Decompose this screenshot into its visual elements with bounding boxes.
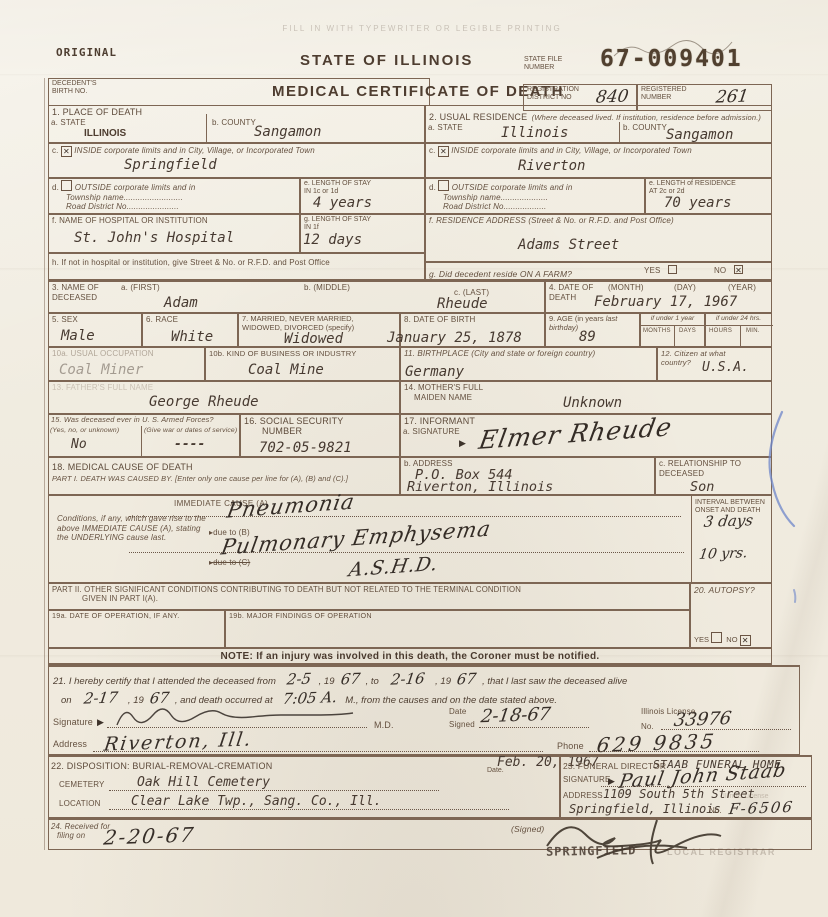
original-label: ORIGINAL (56, 46, 117, 59)
farm-yes-label: YES (644, 266, 660, 276)
road-district-line: Road District No...................... (66, 202, 296, 212)
field-date-of-death: 4. DATE OFDEATH (MONTH) (DAY) (YEAR) Feb… (545, 280, 772, 313)
field-part2: PART II. OTHER SIGNIFICANT CONDITIONS CO… (48, 583, 690, 610)
birthplace-value: Germany (405, 364, 464, 380)
length-of-residence-value: 70 years (664, 195, 731, 211)
field-age: 9. AGE (in years last birthday) 89 (545, 313, 640, 347)
operation-date-label: 19a. DATE OF OPERATION, IF ANY. (52, 612, 221, 620)
residence-city-value: Riverton (518, 158, 585, 174)
occupation-value: Coal Miner (59, 362, 143, 378)
checkbox-farm-no-checked: ✕ (734, 265, 743, 274)
field-length-of-stay-1c: e. LENGTH OF STAYIN 1c or 1d 4 years (300, 178, 425, 214)
inside-limits-label: INSIDE corporate limits and in City, Vil… (74, 146, 315, 155)
dotted-line (109, 790, 439, 791)
place-of-death-title: 1. PLACE OF DEATH (52, 107, 421, 117)
field-informant: 17. INFORMANT a. SIGNATURE ▶ Elmer Rheud… (400, 414, 772, 457)
date-of-birth-label: 8. DATE OF BIRTH (404, 315, 541, 325)
days-label: DAYS (679, 328, 696, 335)
field-residence-address: f. RESIDENCE ADDRESS (Street & No. or R.… (425, 214, 772, 262)
disposition-title: 22. DISPOSITION: BURIAL-REMOVAL-CREMATIO… (51, 761, 272, 771)
autopsy-label: 20. AUTOPSY? (694, 585, 768, 595)
location-value: Clear Lake Twp., Sang. Co., Ill. (131, 794, 381, 809)
divider (740, 325, 741, 348)
hospital-value: St. John's Hospital (74, 230, 234, 246)
divider (206, 114, 207, 144)
state-label: a. STATE (428, 123, 463, 133)
armed-forces-sub1: (Yes, no, or unknown) (50, 427, 119, 435)
md-label: M.D. (374, 720, 394, 731)
coroner-note-band: NOTE: If an injury was involved in this … (48, 648, 772, 665)
cause-of-death-title: 18. MEDICAL CAUSE OF DEATH (52, 462, 396, 472)
township-line: Township name.................... (443, 193, 641, 203)
phone-value: 629 9835 (595, 729, 718, 757)
under-1-year-label: if under 1 year (641, 314, 704, 323)
industry-label: 10b. KIND OF BUSINESS OR INDUSTRY (209, 349, 396, 358)
field-place-of-death: 1. PLACE OF DEATH a. STATE ILLINOIS b. C… (48, 105, 425, 143)
farm-question-label: g. Did decedent reside ON A FARM? (429, 269, 572, 279)
birthplace-label: 11. BIRTHPLACE (City and state or foreig… (404, 349, 653, 359)
field-informant-address: b. ADDRESS P.O. Box 544 Riverton, Illino… (400, 457, 655, 495)
local-registrar-stamp: LOCAL REGISTRAR (667, 847, 776, 857)
dotted-line (589, 751, 759, 752)
death-certificate-scan: FILL IN WITH TYPEWRITER OR LEGIBLE PRINT… (0, 0, 828, 917)
conditions-note: Conditions, if any, which gave rise to t… (57, 514, 207, 543)
field-citizen: 12. Citizen at whatcountry? U.S.A. (657, 347, 772, 381)
field-usual-residence: 2. USUAL RESIDENCE (Where deceased lived… (425, 105, 772, 143)
armed-forces-value: No (71, 437, 87, 452)
dotted-line (129, 552, 684, 553)
date-of-birth-value: January 25, 1878 (387, 330, 522, 346)
date-signed-label1: Date (449, 707, 467, 717)
date-signed-value: 2-18-67 (480, 704, 552, 728)
place-state-value: ILLINOIS (84, 128, 126, 139)
date-signed-label2: Signed (449, 720, 475, 730)
field-operation-findings: 19b. MAJOR FINDINGS OF OPERATION (225, 610, 690, 648)
farm-no-label: NO (714, 266, 726, 276)
inside-limits-label: INSIDE corporate limits and in City, Vil… (451, 146, 692, 155)
residence-state-value: Illinois (501, 125, 568, 141)
sex-value: Male (61, 328, 95, 344)
field-outside-limits-right: d. OUTSIDE corporate limits and in Towns… (425, 178, 645, 214)
occupation-label: 10a. USUAL OCCUPATION (52, 349, 201, 359)
residence-county-value: Sangamon (666, 127, 733, 143)
hours-label: HOURS (709, 328, 732, 335)
armed-forces-label: 15. Was deceased ever in U. S. Armed For… (49, 415, 239, 426)
immediate-cause-value: Pneumonia (225, 489, 357, 522)
road-district-line: Road District No.................. (443, 202, 641, 212)
dotted-line (93, 751, 543, 752)
first-name-label: a. (FIRST) (121, 283, 160, 293)
field-outside-limits-left: d. OUTSIDE corporate limits and in Towns… (48, 178, 300, 214)
filing-date-value: 2-20-67 (102, 822, 196, 849)
field-part1-causes: INTERVAL BETWEENONSET AND DEATH 3 days 1… (48, 495, 772, 583)
under-24-hrs-label: if under 24 hrs. (706, 314, 771, 323)
due-to-c-value: A.S.H.D. (347, 553, 440, 582)
state-label: a. STATE (51, 118, 86, 128)
outside-limits-label: OUTSIDE corporate limits and in (452, 183, 573, 192)
date-of-death-value: February 17, 1967 (594, 294, 737, 310)
state-title: STATE OF ILLINOIS (300, 52, 473, 69)
usual-residence-title: 2. USUAL RESIDENCE (429, 112, 527, 122)
year2-value: 67 (450, 669, 484, 688)
field-length-of-residence: e. LENGTH of RESIDENCEAT 2c or 2d 70 yea… (645, 178, 772, 214)
certify-line1: 21. I hereby certify that I attended the… (53, 670, 627, 688)
field-hospital-name: f. NAME OF HOSPITAL OR INSTITUTION St. J… (48, 214, 300, 253)
field-sex: 5. SEX Male (48, 313, 142, 347)
divider (691, 496, 692, 584)
cemetery-label: CEMETERY (59, 780, 105, 790)
part1-label: PART I. DEATH WAS CAUSED BY. [Enter only… (52, 475, 396, 484)
field-age-under-1-year: if under 1 year MONTHS DAYS (640, 313, 705, 347)
field-disposition: 22. DISPOSITION: BURIAL-REMOVAL-CREMATIO… (48, 755, 560, 818)
divider (674, 325, 675, 348)
blue-pen-mark (742, 408, 802, 538)
year1-value: 67 (333, 669, 367, 688)
industry-value: Coal Mine (248, 362, 324, 378)
informant-address-line2: Riverton, Illinois (407, 479, 553, 495)
field-marital-status: 7. MARRIED, NEVER MARRIED,WIDOWED, DIVOR… (238, 313, 400, 347)
pencil-scrawl-over-number (610, 40, 740, 62)
certificate-title: MEDICAL CERTIFICATE OF DEATH (272, 83, 564, 100)
length-of-stay-value: 4 years (313, 195, 372, 211)
field-industry: 10b. KIND OF BUSINESS OR INDUSTRY Coal M… (205, 347, 400, 381)
relationship-value: Son (690, 479, 714, 495)
checkbox-farm-yes-unchecked (668, 265, 677, 274)
field-armed-forces: 15. Was deceased ever in U. S. Armed For… (48, 414, 240, 457)
length-of-stay-1f-value: 12 days (303, 232, 362, 248)
checkbox-autopsy-no-checked: ✕ (740, 635, 751, 646)
operation-findings-label: 19b. MAJOR FINDINGS OF OPERATION (229, 612, 686, 620)
field-length-of-stay-1f: g. LENGTH OF STAYIN 1f 12 days (300, 214, 425, 253)
day-label: (DAY) (674, 283, 696, 293)
usual-residence-note: (Where deceased lived. If institution, r… (532, 113, 761, 122)
field-operation-date: 19a. DATE OF OPERATION, IF ANY. (48, 610, 225, 648)
field-inside-limits-left: c. ✕ INSIDE corporate limits and in City… (48, 143, 425, 178)
location-label: LOCATION (59, 799, 101, 809)
field-received-for-filing: 24. Received for filing on 2-20-67 (Sign… (48, 818, 812, 850)
hospital-label: f. NAME OF HOSPITAL OR INSTITUTION (52, 216, 296, 226)
checkbox-inside-checked: ✕ (438, 146, 449, 157)
field-usual-occupation: 10a. USUAL OCCUPATION Coal Miner (48, 347, 205, 381)
war-dates-value: ---- (174, 437, 205, 452)
dotted-line (109, 809, 509, 810)
field-age-under-24-hrs: if under 24 hrs. HOURS MIN. (705, 313, 772, 347)
funeral-signature-label: SIGNATURE (563, 775, 610, 785)
last-name-value: Rheude (437, 296, 488, 312)
field-father-name: 13. FATHER'S FULL NAME George Rheude (48, 381, 400, 414)
field-birthplace: 11. BIRTHPLACE (City and state or foreig… (400, 347, 657, 381)
dotted-line (129, 516, 681, 517)
ssn-value: 702-05-9821 (259, 440, 352, 456)
father-label: 13. FATHER'S FULL NAME (52, 383, 396, 393)
license-value: 33976 (673, 708, 733, 731)
city-of-death-value: Springfield (124, 157, 217, 173)
residence-address-value: Adams Street (518, 237, 619, 253)
filing-label1: 24. Received for (51, 822, 110, 831)
physician-signature-label: Signature (53, 717, 93, 728)
filing-label2: filing on (57, 831, 85, 840)
top-instruction: FILL IN WITH TYPEWRITER OR LEGIBLE PRINT… (252, 24, 592, 33)
min-label: MIN. (746, 328, 760, 335)
due-to-c-label: ▸due to (C) (209, 558, 250, 568)
field-race: 6. RACE White (142, 313, 238, 347)
war-dates-sub2: (Give war or dates of service) (144, 427, 237, 435)
months-label: MONTHS (643, 328, 671, 335)
month-label: (MONTH) (608, 283, 644, 293)
informant-signature-label: a. SIGNATURE (403, 427, 460, 437)
field-autopsy: 20. AUTOPSY? YES NO ✕ (690, 583, 772, 648)
springfield-stamp: SPRINGFIELD (546, 843, 637, 859)
field-inside-limits-right: c. ✕ INSIDE corporate limits and in City… (425, 143, 772, 178)
field-date-of-birth: 8. DATE OF BIRTH January 25, 1878 (400, 313, 545, 347)
checkbox-outside-unchecked (61, 180, 72, 191)
physician-signature-scribble (111, 703, 361, 731)
attended-to-value: 2-16 (380, 669, 436, 689)
divider (141, 426, 142, 458)
field-name-of-deceased: 3. NAME OFDECEASED a. (FIRST) Adam b. (M… (48, 280, 545, 313)
state-file-label: STATE FILENUMBER (524, 56, 562, 72)
checkbox-outside-unchecked (438, 180, 449, 191)
township-line: Township name......................... (66, 193, 296, 203)
outside-limits-label: OUTSIDE corporate limits and in (75, 183, 196, 192)
father-value: George Rheude (149, 394, 259, 410)
place-county-value: Sangamon (254, 124, 321, 140)
sex-label: 5. SEX (52, 315, 138, 325)
autopsy-answers: YES NO ✕ (694, 632, 751, 646)
divider (619, 122, 620, 144)
blue-pen-dot (788, 588, 802, 604)
phone-label: Phone (557, 741, 584, 752)
field-ssn: 16. SOCIAL SECURITYNUMBER 702-05-9821 (240, 414, 400, 457)
checkbox-autopsy-yes-unchecked (711, 632, 722, 643)
dotted-line (479, 727, 589, 728)
due-to-b-value: Pulmonary Emphysema (219, 516, 493, 559)
pointer-icon: ▶ (459, 438, 466, 449)
first-name-value: Adam (164, 295, 198, 311)
autopsy-no-label: NO (726, 635, 737, 644)
cemetery-value: Oak Hill Cemetery (137, 775, 270, 790)
county-label: b. COUNTY (623, 123, 667, 133)
middle-name-label: b. (MIDDLE) (304, 283, 350, 293)
county-label: b. COUNTY (212, 118, 256, 128)
age-value: 89 (579, 329, 596, 345)
mother-value: Unknown (563, 395, 622, 411)
race-value: White (171, 329, 213, 345)
field-farm-question: g. Did decedent reside ON A FARM? YES NO… (425, 262, 772, 280)
year-label: (YEAR) (728, 283, 756, 293)
left-edge-rule (44, 78, 45, 850)
h-note-label: h. If not in hospital or institution, gi… (52, 258, 421, 268)
autopsy-yes-label: YES (694, 635, 709, 644)
field-certification: 21. I hereby certify that I attended the… (48, 665, 800, 755)
attended-from-value: 2-5 (277, 669, 320, 689)
pointer-icon: ▶ (97, 717, 104, 728)
interval-b-value: 10 yrs. (698, 545, 749, 563)
race-label: 6. RACE (146, 315, 234, 325)
physician-address-label: Address (53, 739, 87, 750)
marital-status-value: Widowed (284, 331, 343, 347)
residence-address-label: f. RESIDENCE ADDRESS (Street & No. or R.… (429, 216, 768, 226)
checkbox-inside-checked: ✕ (61, 146, 72, 157)
funeral-address-label: ADDRESS (563, 791, 603, 801)
field-h-note: h. If not in hospital or institution, gi… (48, 253, 425, 280)
citizen-value: U.S.A. (702, 360, 749, 375)
field-mother-name: 14. MOTHER'S FULLMAIDEN NAME Unknown (400, 381, 772, 414)
coroner-note: NOTE: If an injury was involved in this … (52, 651, 768, 662)
